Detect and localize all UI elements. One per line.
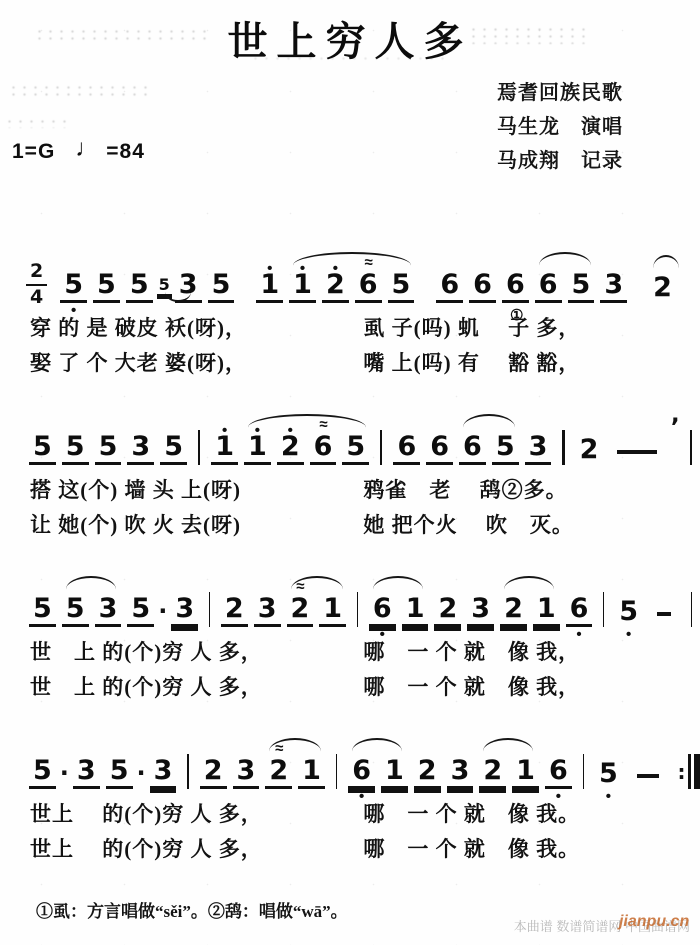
scan-noise (8, 84, 148, 97)
note: 6≈ (355, 271, 382, 303)
time-sig-numerator: 2 (26, 261, 47, 286)
score: 245•555351•1•2•6≈5666①6532穿 的 是 破皮 袄(呀)，… (0, 249, 700, 867)
repeat-dots: : (677, 762, 685, 782)
note: 1• (289, 271, 316, 303)
lyric-row: 搭 这(个) 墙 头 上(呀)鸦雀 老 鸹②多。 (0, 473, 700, 508)
note: 2≈ (287, 595, 314, 627)
note-number: 5 (595, 760, 622, 789)
lyric-row: 世上 的(个)穷 人 多，哪 一 个 就 像 我。 (0, 832, 700, 867)
augmentation-dot: · (158, 599, 167, 623)
note-number: 5 (342, 433, 369, 465)
note: 5 (388, 271, 415, 303)
octave-dot-below: • (626, 627, 631, 642)
duration-dash (617, 450, 656, 454)
note-number: 6 (369, 595, 396, 627)
note-number: 6 (469, 271, 496, 303)
octave-dot-above: • (288, 423, 293, 438)
note-number: 6 (426, 433, 453, 465)
note: 2 (200, 757, 227, 789)
barline (209, 592, 210, 627)
music-line-4: 5·35·3232≈16•123216•5•: (0, 735, 700, 789)
credit-line: 马生龙 演唱 (497, 110, 623, 144)
note-number: 5 (93, 271, 120, 303)
note: 5 (93, 271, 120, 303)
note-number: 5 (60, 271, 87, 303)
note: 1 (298, 757, 325, 789)
time-sig-denominator: 4 (30, 286, 43, 309)
note-number: 1 (298, 757, 325, 789)
note-number: 6 (459, 433, 486, 465)
music-line-1: 245•555351•1•2•6≈5666①6532 (0, 249, 700, 303)
note-number: 1 (512, 757, 539, 789)
slur-arc (293, 252, 411, 268)
note-number: 3 (600, 271, 627, 303)
note-number: 5 (29, 757, 56, 789)
slur-arc (539, 252, 591, 268)
note: 1• (256, 271, 283, 303)
note: 5 (95, 433, 122, 465)
note: 5 (29, 433, 56, 465)
lyric-left: 世上 的(个)穷 人 多， (30, 797, 355, 832)
note-number: 3 (233, 757, 260, 789)
note: 6• (566, 595, 593, 627)
note: 6 (459, 433, 486, 465)
key-signature: 1=G (12, 140, 55, 164)
note-number: 1 (402, 595, 429, 627)
note-number: 5 (29, 595, 56, 627)
note-number: 5 (568, 271, 595, 303)
note: 5 (568, 271, 595, 303)
note-number: 2 (265, 757, 292, 789)
quarter-note-icon: ♩ (75, 140, 100, 158)
note-number: 1 (533, 595, 560, 627)
barline (583, 754, 584, 789)
octave-dot-below: • (359, 789, 364, 804)
note: 6• (545, 757, 572, 789)
note: 5• (615, 598, 642, 627)
watermark-gray-text: 本曲谱 数谱简谱网 (514, 919, 625, 934)
octave-dot-below: • (556, 789, 561, 804)
lyric-row: 娶 了 个 大老 婆(呀)，嘴 上(吗) 有 豁 豁， (0, 346, 700, 381)
note-number: 2 (287, 595, 314, 627)
barline (562, 430, 564, 465)
note: 2 (221, 595, 248, 627)
note: 6 (535, 271, 562, 303)
note-number: 3 (525, 433, 552, 465)
duration-dash (657, 612, 671, 616)
mordent-ornament: ≈ (365, 255, 372, 270)
note: 6• (348, 757, 375, 789)
octave-dot-below: • (71, 303, 76, 318)
lyric-right: 哪 一 个 就 像 我， (355, 670, 694, 705)
barline (691, 592, 692, 627)
note: 3 (150, 757, 177, 789)
octave-dot-above: • (333, 261, 338, 276)
note: 2 (434, 595, 461, 627)
note-number: 6 (502, 271, 529, 303)
note-number: 3 (150, 757, 177, 789)
barline (357, 592, 358, 627)
note: 1 (381, 757, 408, 789)
note-number: 2 (500, 595, 527, 627)
note: 6• (369, 595, 396, 627)
note: 5 (126, 271, 153, 303)
note-number: 3 (171, 595, 198, 627)
note: 2• (322, 271, 349, 303)
note: 5 (160, 433, 187, 465)
augmentation-dot: · (137, 761, 146, 785)
lyric-row: 世 上 的(个)穷 人 多，哪 一 个 就 像 我， (0, 635, 700, 670)
lyric-right: 哪 一 个 就 像 我。 (355, 832, 694, 867)
note-number: 5 (208, 271, 235, 303)
note-number: 1 (319, 595, 346, 627)
lyrics-block-4: 世上 的(个)穷 人 多，哪 一 个 就 像 我。世上 的(个)穷 人 多，哪 … (0, 797, 700, 867)
note: 5 (492, 433, 519, 465)
note: 3 (171, 595, 198, 627)
lyric-row: 世 上 的(个)穷 人 多，哪 一 个 就 像 我， (0, 670, 700, 705)
key-tempo: 1=G ♩ =84 (12, 140, 145, 164)
note: 5 (62, 433, 89, 465)
watermark: 本曲谱 数谱简谱网 中国曲谱网jianpu.cn (514, 916, 690, 935)
breath-mark: ’ (671, 415, 680, 439)
credit-line: 马成翔 记录 (497, 144, 623, 178)
note: 6 (436, 271, 463, 303)
note-number: 3 (175, 271, 202, 303)
note-number: 5 (62, 433, 89, 465)
slur-arc (66, 576, 116, 592)
note: 3 (73, 757, 100, 789)
note: 6① (502, 271, 529, 303)
credit-line: 焉耆回族民歌 (497, 76, 623, 110)
repeat-end-sign: : (677, 754, 700, 789)
note: 3 (467, 595, 494, 627)
note-number: 3 (73, 757, 100, 789)
octave-dot-below: • (606, 789, 611, 804)
note: 5 (29, 757, 56, 789)
note: 5 (208, 271, 235, 303)
note-number: 3 (467, 595, 494, 627)
note-number: 3 (447, 757, 474, 789)
note: 2 (500, 595, 527, 627)
note-number: 6 (355, 271, 382, 303)
slur-arc (463, 414, 515, 430)
slur-arc (269, 738, 321, 754)
note: 5 (342, 433, 369, 465)
note: 2 (576, 436, 603, 465)
note: 6 (393, 433, 420, 465)
lyric-left: 穿 的 是 破皮 袄(呀)， (30, 311, 355, 346)
lyric-right: 嘴 上(吗) 有 豁 豁， (355, 346, 694, 381)
note: 3 (175, 271, 202, 303)
slur-arc (248, 414, 366, 430)
note-number: 2 (414, 757, 441, 789)
note: 5 (127, 595, 154, 627)
note-number: 5 (62, 595, 89, 627)
lyric-row: 让 她(个) 吹 火 去(呀)她 把个火 吹 灭。 (0, 508, 700, 543)
note: 1 (402, 595, 429, 627)
note: 1• (244, 433, 271, 465)
grace-note: 5 (157, 277, 172, 296)
lyric-right: 她 把个火 吹 灭。 (355, 508, 694, 543)
note: 3 (525, 433, 552, 465)
slur-arc (352, 738, 402, 754)
lyrics-block-2: 搭 这(个) 墙 头 上(呀)鸦雀 老 鸹②多。让 她(个) 吹 火 去(呀)她… (0, 473, 700, 543)
note-number: 3 (95, 595, 122, 627)
note: 2≈ (265, 757, 292, 789)
page-title: 世上穷人多 (0, 10, 700, 67)
octave-dot-below: • (380, 627, 385, 642)
note-number: 2 (479, 757, 506, 789)
barline (603, 592, 604, 627)
note: 1• (211, 433, 238, 465)
music-line-3: 5535·3232≈16•123216•5• (0, 573, 700, 627)
note-number: 3 (127, 433, 154, 465)
note-number: 5 (388, 271, 415, 303)
note: 1 (533, 595, 560, 627)
note: 3 (127, 433, 154, 465)
note: 5• (595, 760, 622, 789)
note: 6 (469, 271, 496, 303)
note-number: 5 (106, 757, 133, 789)
note: 2 (414, 757, 441, 789)
note: 3 (254, 595, 281, 627)
lyric-left: 让 她(个) 吹 火 去(呀) (30, 508, 355, 543)
slur-arc (483, 738, 533, 754)
note-number: 5 (492, 433, 519, 465)
note: 6 (426, 433, 453, 465)
credits-block: 焉耆回族民歌马生龙 演唱马成翔 记录 (497, 76, 623, 178)
lyric-right: 哪 一 个 就 像 我。 (355, 797, 694, 832)
note: 6≈ (310, 433, 337, 465)
barline (380, 430, 382, 465)
time-signature: 24 (26, 261, 47, 309)
note: 3 (233, 757, 260, 789)
lyric-left: 搭 这(个) 墙 头 上(呀) (30, 473, 355, 508)
lyric-left: 世 上 的(个)穷 人 多， (30, 670, 355, 705)
footnote-marker: ① (510, 308, 523, 323)
note: 1 (319, 595, 346, 627)
lyrics-block-1: 穿 的 是 破皮 袄(呀)，虱 子(吗) 虮 子 多，娶 了 个 大老 婆(呀)… (0, 311, 700, 381)
mordent-ornament: ≈ (319, 417, 326, 432)
note-number: 1 (381, 757, 408, 789)
lyric-left: 世 上 的(个)穷 人 多， (30, 635, 355, 670)
note-number: 5 (126, 271, 153, 303)
lyric-left: 世上 的(个)穷 人 多， (30, 832, 355, 867)
note-number: 2 (434, 595, 461, 627)
lyric-right: 鸦雀 老 鸹②多。 (355, 473, 694, 508)
barline (336, 754, 337, 789)
augmentation-dot: · (60, 761, 69, 785)
note: 5• (60, 271, 87, 303)
note-number: 5 (160, 433, 187, 465)
scan-noise (4, 118, 74, 128)
note-number: 5 (29, 433, 56, 465)
slur-arc (653, 255, 679, 271)
lyric-row: 世上 的(个)穷 人 多，哪 一 个 就 像 我。 (0, 797, 700, 832)
repeat-thin-bar (688, 754, 691, 789)
octave-dot-above: • (267, 261, 272, 276)
note: 1 (512, 757, 539, 789)
note: 5 (62, 595, 89, 627)
note: 3 (600, 271, 627, 303)
watermark-site-text: jianpu.cn (619, 913, 689, 931)
note-number: 6 (566, 595, 593, 627)
lyric-right: 虱 子(吗) 虮 子 多， (355, 311, 694, 346)
note-number: 6 (535, 271, 562, 303)
note-number: 2 (221, 595, 248, 627)
note: 5 (106, 757, 133, 789)
barline (187, 754, 188, 789)
octave-dot-above: • (222, 423, 227, 438)
music-line-2: 555351•1•2•6≈5666532’ (0, 411, 700, 465)
note-number: 2 (200, 757, 227, 789)
note-number: 5 (95, 433, 122, 465)
barline (198, 430, 200, 465)
slur-arc (504, 576, 554, 592)
note: 5 (29, 595, 56, 627)
note-number: 5 (615, 598, 642, 627)
note-number: 6 (393, 433, 420, 465)
note: 3 (95, 595, 122, 627)
note-number: 3 (254, 595, 281, 627)
note-number: 2 (649, 274, 676, 303)
repeat-thick-bar (694, 754, 700, 789)
lyric-right: 哪 一 个 就 像 我， (355, 635, 694, 670)
lyrics-block-3: 世 上 的(个)穷 人 多，哪 一 个 就 像 我，世 上 的(个)穷 人 多，… (0, 635, 700, 705)
note-number: 6 (436, 271, 463, 303)
lyric-row: 穿 的 是 破皮 袄(呀)，虱 子(吗) 虮 子 多， (0, 311, 700, 346)
note-number: 5 (127, 595, 154, 627)
note-number: 6 (310, 433, 337, 465)
lyric-left: 娶 了 个 大老 婆(呀)， (30, 346, 355, 381)
note: 2 (649, 274, 676, 303)
note-number: 2 (576, 436, 603, 465)
tempo-value: =84 (106, 140, 145, 164)
octave-dot-below: • (576, 627, 581, 642)
slur-arc (373, 576, 423, 592)
note-number: 6 (545, 757, 572, 789)
note-number: 6 (348, 757, 375, 789)
note: 2 (479, 757, 506, 789)
duration-dash (637, 774, 660, 778)
note: 3 (447, 757, 474, 789)
barline (690, 430, 692, 465)
note: 2• (277, 433, 304, 465)
sheet-music-page: 世上穷人多 焉耆回族民歌马生龙 演唱马成翔 记录 1=G ♩ =84 245•5… (0, 0, 700, 945)
